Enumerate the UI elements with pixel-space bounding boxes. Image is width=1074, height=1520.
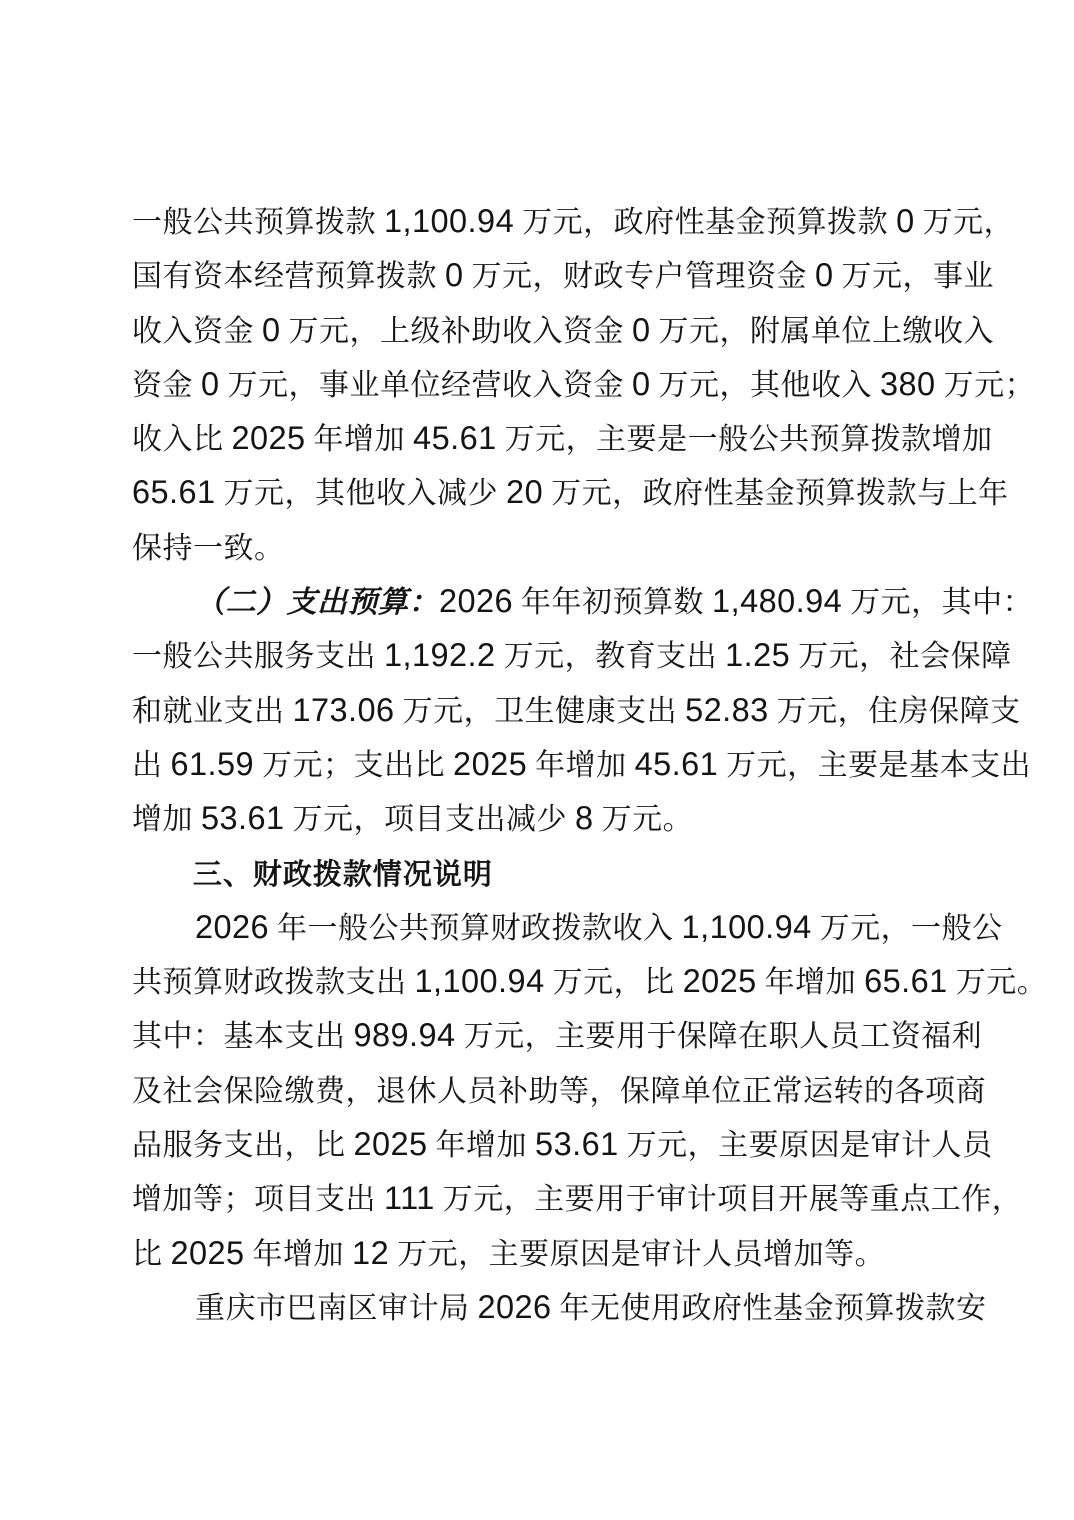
- body-text-line: 国有资本经营预算拨款 0 万元，财政专户管理资金 0 万元，事业: [132, 250, 935, 304]
- expenditure-subheading-label: （二）支出预算：: [195, 586, 439, 619]
- body-text-line: 2026 年一般公共预算财政拨款收入 1,100.94 万元，一般公: [132, 902, 935, 956]
- body-text-line: 品服务支出，比 2025 年增加 53.61 万元，主要原因是审计人员: [132, 1119, 935, 1173]
- body-text-line: 重庆市巴南区审计局 2026 年无使用政府性基金预算拨款安: [132, 1282, 935, 1336]
- expenditure-subheading-tail: 2026 年年初预算数 1,480.94 万元，其中：: [439, 586, 1033, 619]
- body-text-line: 比 2025 年增加 12 万元，主要原因是审计人员增加等。: [132, 1228, 935, 1282]
- body-text-line: 共预算财政拨款支出 1,100.94 万元，比 2025 年增加 65.61 万…: [132, 956, 935, 1010]
- body-text-line: 出 61.59 万元；支出比 2025 年增加 45.61 万元，主要是基本支出: [132, 739, 935, 793]
- body-text-line: 一般公共预算拨款 1,100.94 万元，政府性基金预算拨款 0 万元，: [132, 196, 935, 250]
- body-text-line: 收入资金 0 万元，上级补助收入资金 0 万元，附属单位上缴收入: [132, 305, 935, 359]
- body-text-line: 收入比 2025 年增加 45.61 万元，主要是一般公共预算拨款增加: [132, 413, 935, 467]
- body-text-line: 和就业支出 173.06 万元，卫生健康支出 52.83 万元，住房保障支: [132, 685, 935, 739]
- section-heading-fiscal-appropriation: 三、财政拨款情况说明: [132, 848, 935, 902]
- body-text-line: 保持一致。: [132, 522, 935, 576]
- body-text-line: 65.61 万元，其他收入减少 20 万元，政府性基金预算拨款与上年: [132, 467, 935, 521]
- body-text-line: 资金 0 万元，事业单位经营收入资金 0 万元，其他收入 380 万元；: [132, 359, 935, 413]
- document-body: 一般公共预算拨款 1,100.94 万元，政府性基金预算拨款 0 万元， 国有资…: [132, 196, 935, 1336]
- document-page: 一般公共预算拨款 1,100.94 万元，政府性基金预算拨款 0 万元， 国有资…: [0, 0, 1074, 1520]
- body-text-line: 增加等；项目支出 111 万元，主要用于审计项目开展等重点工作，: [132, 1173, 935, 1227]
- body-text-line: 一般公共服务支出 1,192.2 万元，教育支出 1.25 万元，社会保障: [132, 630, 935, 684]
- expenditure-subheading-line: （二）支出预算：2026 年年初预算数 1,480.94 万元，其中：: [132, 576, 935, 630]
- body-text-line: 及社会保险缴费，退休人员补助等，保障单位正常运转的各项商: [132, 1065, 935, 1119]
- body-text-line: 增加 53.61 万元，项目支出减少 8 万元。: [132, 793, 935, 847]
- body-text-line: 其中：基本支出 989.94 万元，主要用于保障在职人员工资福利: [132, 1010, 935, 1064]
